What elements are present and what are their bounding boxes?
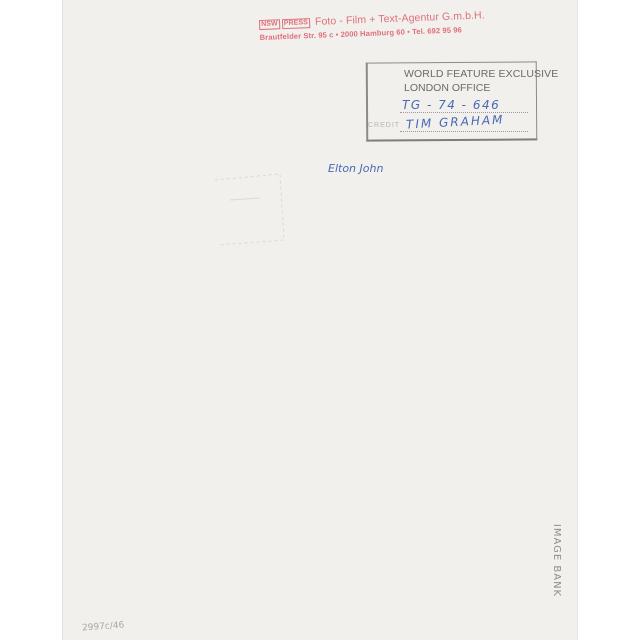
credit-dotted-line — [400, 131, 528, 132]
credit-label: CREDIT — [368, 122, 400, 129]
world-feature-office: LONDON OFFICE — [404, 82, 490, 94]
reference-dotted-line — [400, 112, 528, 113]
subject-name-note: Elton John — [328, 162, 383, 175]
world-feature-title: WORLD FEATURE EXCLUSIVE — [404, 68, 558, 80]
agency-logo-box-1: NSW — [259, 19, 280, 30]
side-pencil-note: IMAGE BANK — [551, 524, 562, 597]
reference-number: TG - 74 - 646 — [402, 98, 500, 112]
agency-logo-box-2: PRESS — [282, 18, 311, 29]
faint-bleedthrough-stamp — [210, 160, 290, 250]
